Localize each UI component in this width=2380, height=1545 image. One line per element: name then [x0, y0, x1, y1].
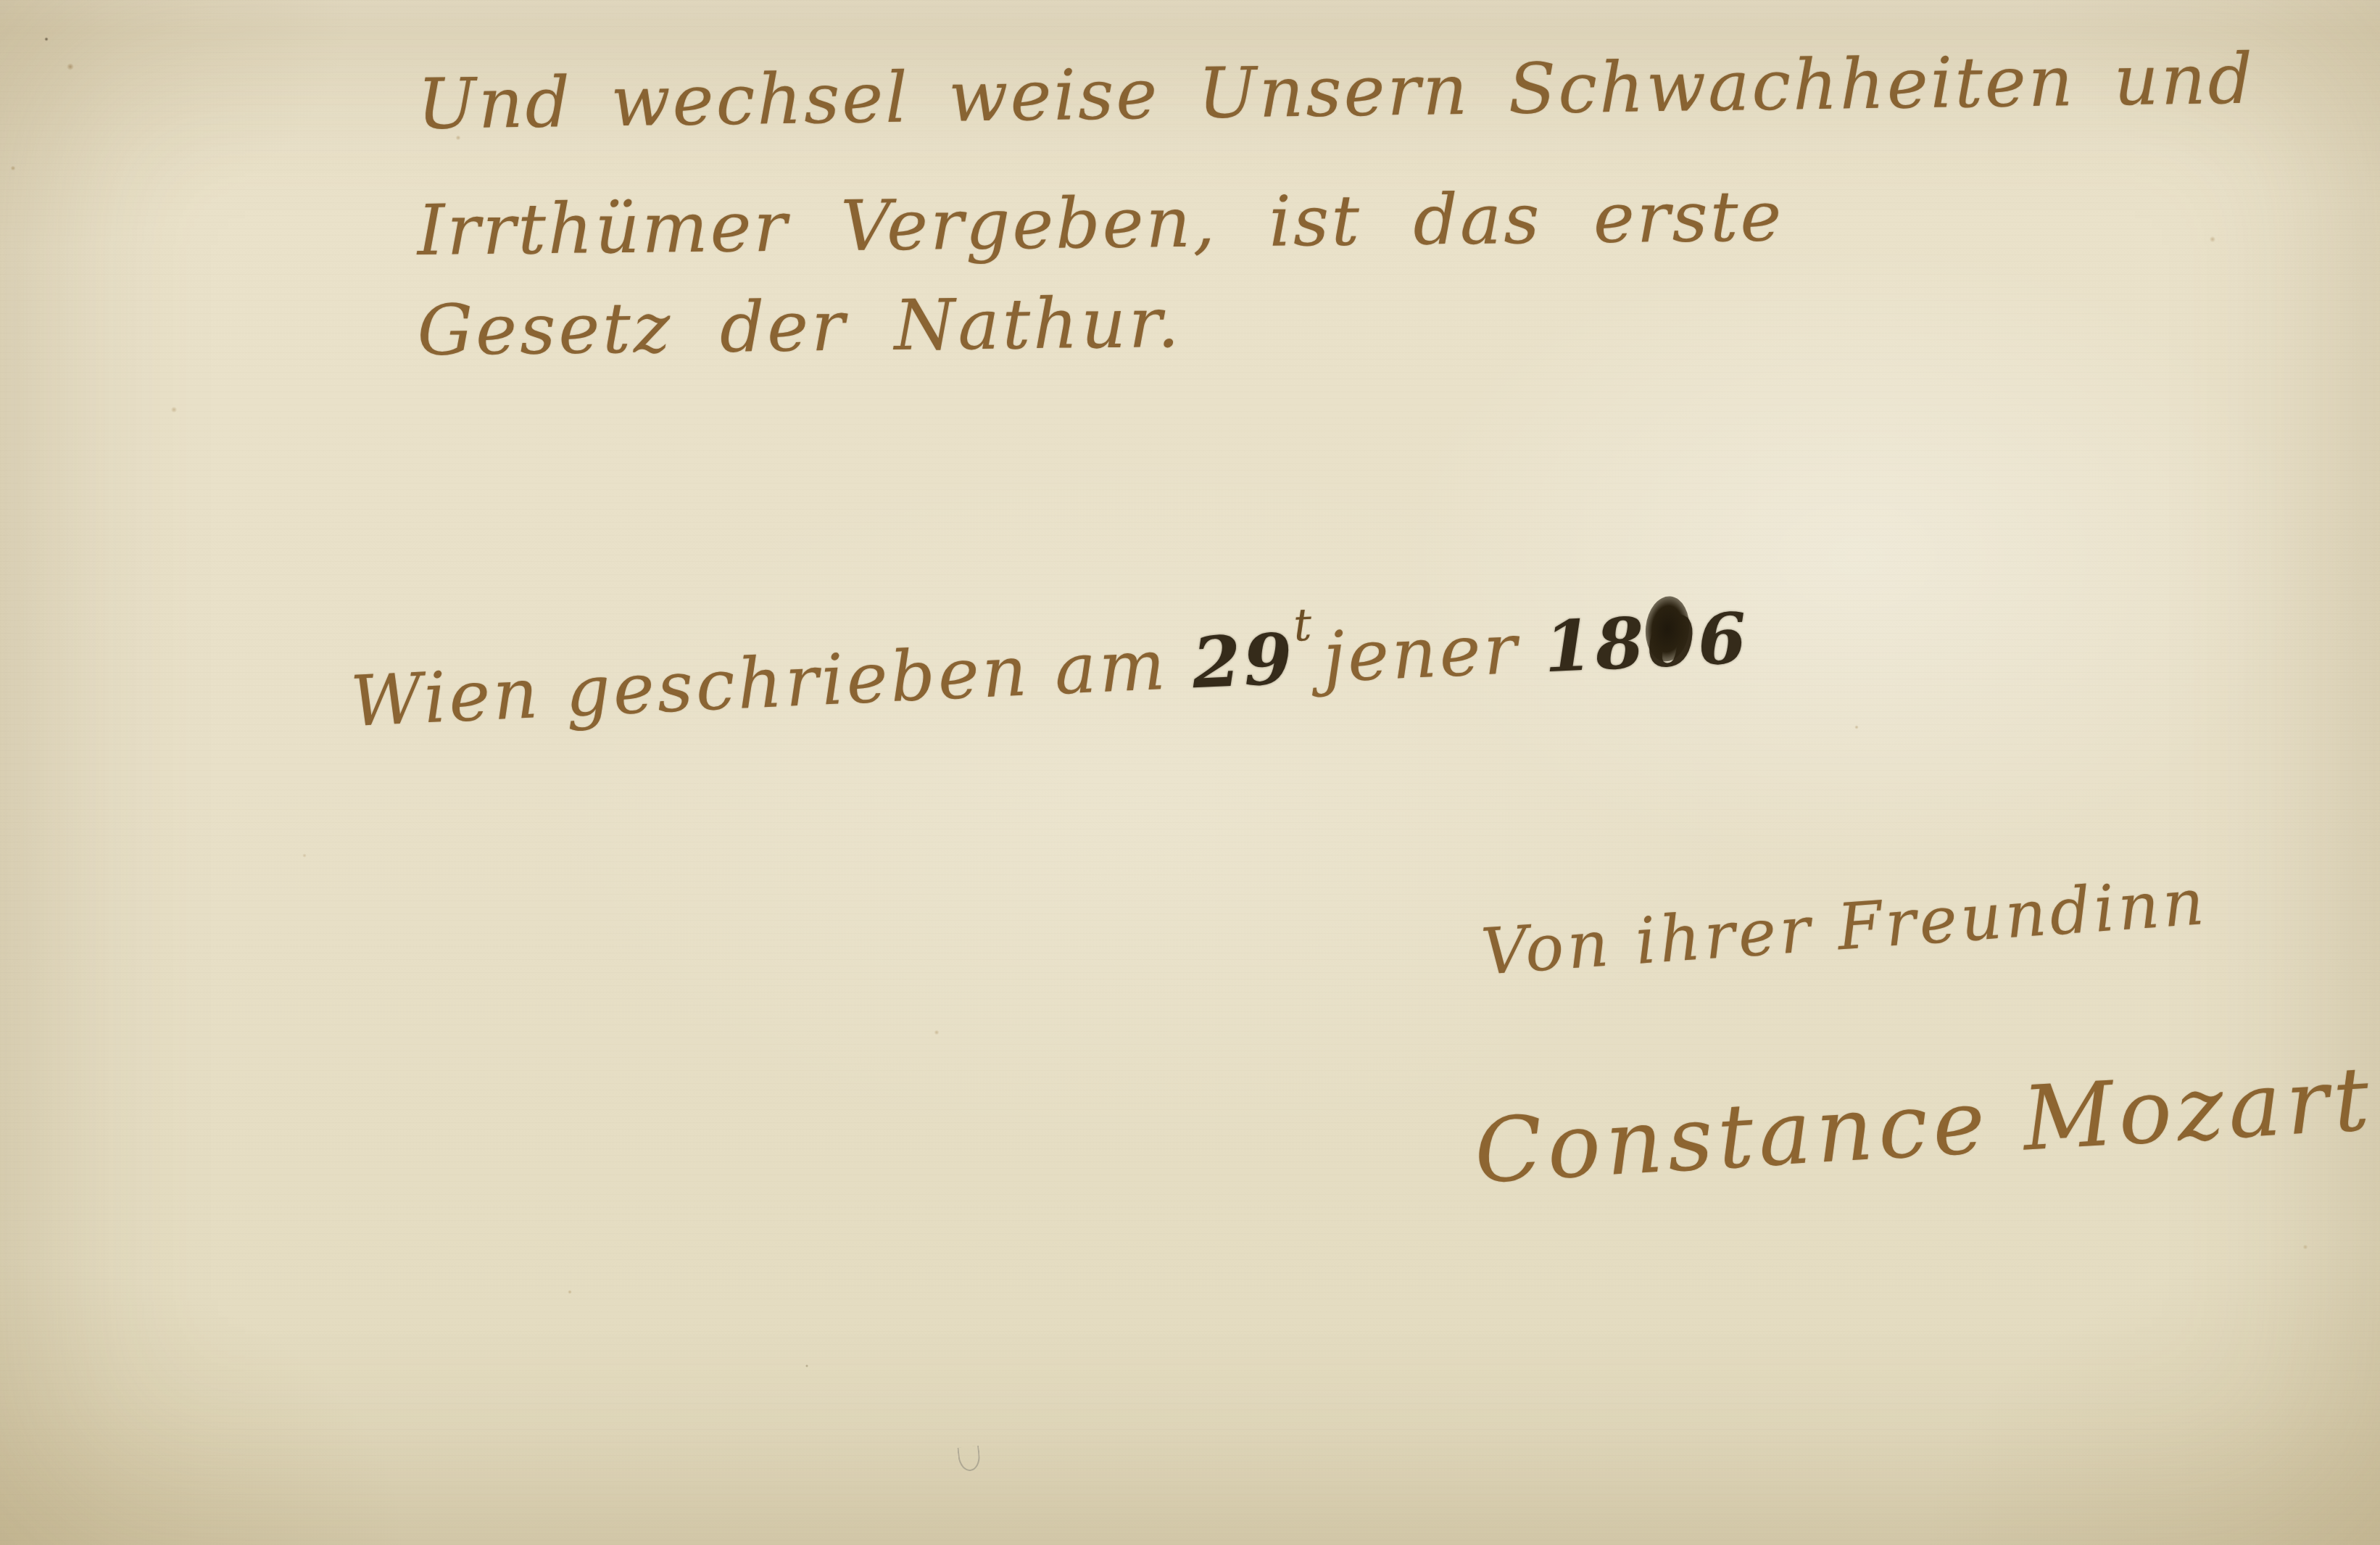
quote-line-1: Und wechsel weise Unsern Schwachheiten u…: [417, 38, 2255, 145]
manuscript-page: Und wechsel weise Unsern Schwachheiten u…: [0, 0, 2380, 1545]
pencil-mark: [957, 1446, 981, 1472]
date-place-text: Wien geschrieben am: [349, 624, 1169, 742]
quote-line-2: Irrthümer Vergeben, ist das erste: [417, 175, 1784, 271]
date-year-wrap: 1806: [1542, 597, 1751, 688]
date-day-suffix: t: [1293, 598, 1316, 652]
closing-line: Von ihrer Freundinn: [1479, 864, 2210, 990]
signature: Constance Mozart.: [1472, 1045, 2380, 1204]
date-line: Wien geschrieben am29tjener1806: [348, 578, 1751, 742]
date-month: jener: [1322, 608, 1522, 698]
quote-line-3: Gesetz der Nathur.: [417, 282, 1182, 371]
date-day: 29: [1190, 618, 1297, 704]
